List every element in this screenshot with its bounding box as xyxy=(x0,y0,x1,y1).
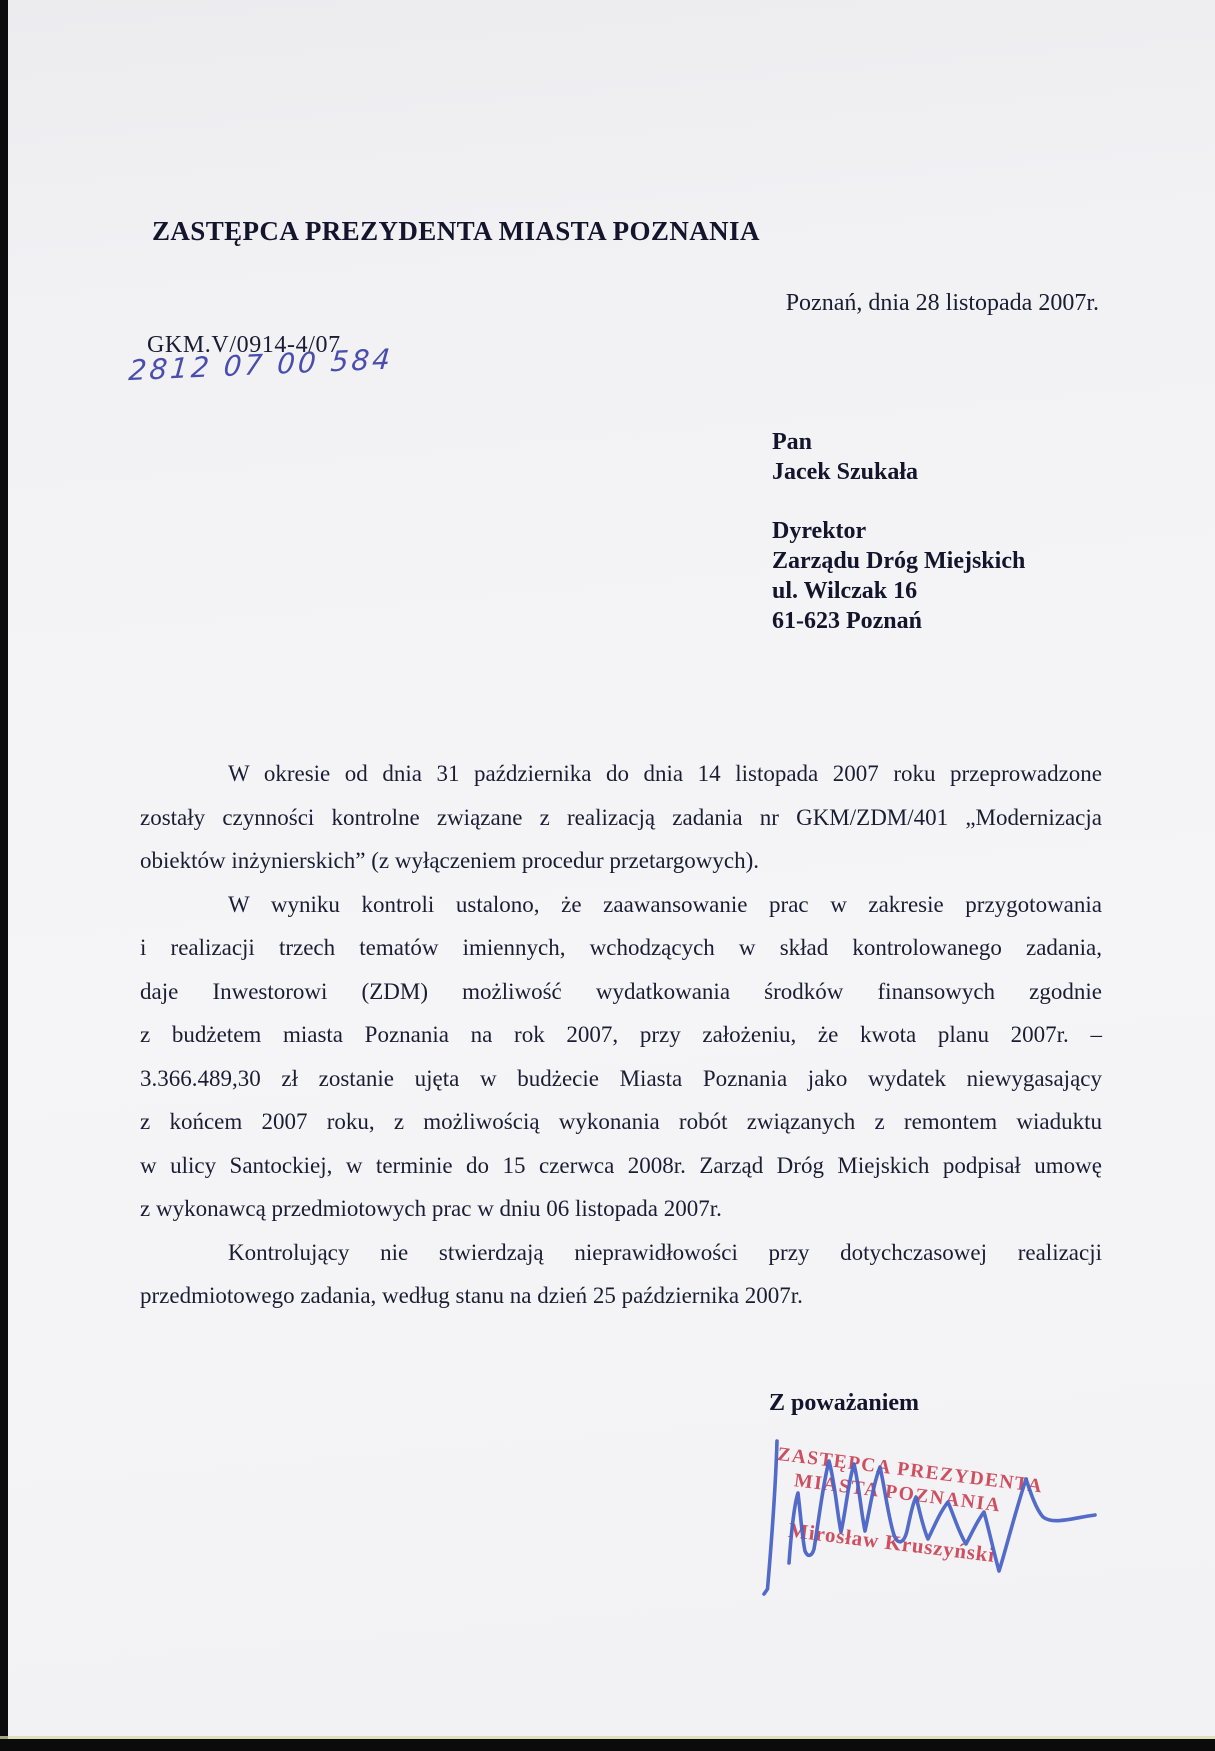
body-paragraph-1: W okresie od dnia 31 października do dni… xyxy=(140,752,1102,883)
signature-stroke-vertical xyxy=(764,1441,777,1594)
body-line: z końcem 2007 roku, z możliwością wykona… xyxy=(140,1100,1102,1144)
body-line: daje Inwestorowi (ZDM) możliwość wydatko… xyxy=(140,970,1102,1014)
scan-edge-left xyxy=(0,0,8,1751)
recipient-city: 61-623 Poznań xyxy=(772,606,1025,636)
closing-phrase: Z poważaniem xyxy=(769,1388,919,1418)
signature-scribble xyxy=(730,1415,1130,1665)
recipient-block: Pan Jacek Szukała Dyrektor Zarządu Dróg … xyxy=(772,427,1025,636)
body-line: i realizacji trzech tematów imiennych, w… xyxy=(140,926,1102,970)
body-line: z wykonawcą przedmiotowych prac w dniu 0… xyxy=(140,1187,1102,1231)
body-paragraph-2: W wyniku kontroli ustalono, że zaawansow… xyxy=(140,883,1102,1231)
signature-ink xyxy=(730,1415,1130,1665)
recipient-organization: Zarządu Dróg Miejskich xyxy=(772,546,1025,576)
letter-page: ZASTĘPCA PREZYDENTA MIASTA POZNANIA Pozn… xyxy=(0,0,1215,1751)
date-line: Poznań, dnia 28 listopada 2007r. xyxy=(769,288,1099,318)
body-line: W okresie od dnia 31 października do dni… xyxy=(140,752,1102,796)
body-line: przedmiotowego zadania, według stanu na … xyxy=(140,1274,1102,1318)
body-paragraph-3: Kontrolujący nie stwierdzają nieprawidło… xyxy=(140,1231,1102,1318)
recipient-salutation: Pan xyxy=(772,427,1025,457)
letterhead-title: ZASTĘPCA PREZYDENTA MIASTA POZNANIA xyxy=(152,214,760,248)
recipient-street: ul. Wilczak 16 xyxy=(772,576,1025,606)
body-line: obiektów inżynierskich” (z wyłączeniem p… xyxy=(140,839,1102,883)
body-line: w ulicy Santockiej, w terminie do 15 cze… xyxy=(140,1144,1102,1188)
letter-body: W okresie od dnia 31 października do dni… xyxy=(140,752,1102,1318)
body-line: 3.366.489,30 zł zostanie ujęta w budżeci… xyxy=(140,1057,1102,1101)
body-line: Kontrolujący nie stwierdzają nieprawidło… xyxy=(140,1231,1102,1275)
scan-edge-bottom xyxy=(0,1739,1215,1751)
recipient-name: Jacek Szukała xyxy=(772,457,1025,487)
body-line: W wyniku kontroli ustalono, że zaawansow… xyxy=(140,883,1102,927)
signature-stroke-main xyxy=(789,1461,1095,1571)
recipient-title: Dyrektor xyxy=(772,516,1025,546)
body-line: z budżetem miasta Poznania na rok 2007, … xyxy=(140,1013,1102,1057)
body-line: zostały czynności kontrolne związane z r… xyxy=(140,796,1102,840)
